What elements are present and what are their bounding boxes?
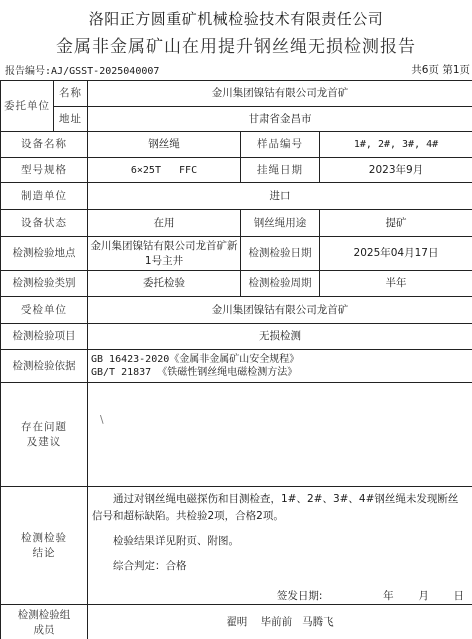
sign-day: 日 bbox=[454, 589, 465, 604]
usage: 提矿 bbox=[320, 210, 472, 237]
sign-date-label: 签发日期: bbox=[277, 589, 323, 604]
issues-label: 存在问题 及建议 bbox=[1, 383, 88, 487]
category: 委托检验 bbox=[88, 271, 241, 297]
sample-no-label: 样品编号 bbox=[241, 132, 320, 158]
conclusion-label: 检测检验 结论 bbox=[1, 487, 88, 605]
client-label: 委托单位 bbox=[1, 81, 54, 132]
basis-list: GB 16423-2020《金属非金属矿山安全规程》 GB/T 21837 《铁… bbox=[88, 350, 472, 383]
equipment-name-label: 设备名称 bbox=[1, 132, 88, 158]
report-title: 金属非金属矿山在用提升钢丝绳无损检测报告 bbox=[0, 32, 472, 57]
report-number: 报告编号:AJ/GSST-2025040007 bbox=[2, 62, 159, 77]
conclusion-verdict: 综合判定：合格 bbox=[92, 558, 468, 575]
basis-item: GB 16423-2020《金属非金属矿山安全规程》 bbox=[91, 353, 472, 366]
client-name-label: 名称 bbox=[54, 81, 88, 107]
report-number-value: AJ/GSST-2025040007 bbox=[51, 66, 159, 77]
sign-month: 月 bbox=[418, 589, 429, 604]
conclusion-content: 通过对钢丝绳电磁探伤和目测检查，1#、2#、3#、4#钢丝绳未发现断丝信号和超标… bbox=[88, 487, 472, 605]
sample-no: 1#, 2#, 3#, 4# bbox=[320, 132, 472, 158]
inspect-date: 2025年04月17日 bbox=[320, 237, 472, 271]
client-name: 金川集团镍钴有限公司龙首矿 bbox=[88, 81, 472, 107]
team-label-line2: 成员 bbox=[1, 623, 87, 638]
report-table: 委托单位 名称 金川集团镍钴有限公司龙首矿 地址 甘肃省金昌市 设备名称 钢丝绳… bbox=[0, 80, 472, 639]
item: 无损检测 bbox=[88, 324, 472, 350]
equipment-name: 钢丝绳 bbox=[88, 132, 241, 158]
category-label: 检测检验类别 bbox=[1, 271, 88, 297]
team-label: 检测检验组 成员 bbox=[1, 605, 88, 639]
client-address-label: 地址 bbox=[54, 107, 88, 132]
hang-date: 2023年9月 bbox=[320, 158, 472, 183]
basis-item: GB/T 21837 《铁磁性钢丝绳电磁检测方法》 bbox=[91, 366, 472, 379]
conclusion-label-line1: 检测检验 bbox=[1, 531, 87, 546]
conclusion-details: 检验结果详见附页、附图。 bbox=[92, 533, 468, 550]
issues-label-line1: 存在问题 bbox=[1, 420, 87, 435]
location: 金川集团镍钴有限公司龙首矿新1号主井 bbox=[88, 237, 241, 271]
status-label: 设备状态 bbox=[1, 210, 88, 237]
team-members: 翟明 毕前前 马腾飞 bbox=[88, 605, 472, 639]
usage-label: 钢丝绳用途 bbox=[241, 210, 320, 237]
company-name: 洛阳正方圆重矿机械检验技术有限责任公司 bbox=[0, 8, 472, 29]
model: 6×25T FFC bbox=[88, 158, 241, 183]
model-label: 型号规格 bbox=[1, 158, 88, 183]
cycle-label: 检测检验周期 bbox=[241, 271, 320, 297]
cycle: 半年 bbox=[320, 271, 472, 297]
issues-content: \ bbox=[88, 383, 472, 487]
issues-label-line2: 及建议 bbox=[1, 435, 87, 450]
page-count: 共6页 第1页 bbox=[411, 62, 470, 77]
manufacturer-label: 制造单位 bbox=[1, 183, 88, 210]
client-address: 甘肃省金昌市 bbox=[88, 107, 472, 132]
conclusion-label-line2: 结论 bbox=[1, 546, 87, 561]
location-label: 检测检验地点 bbox=[1, 237, 88, 271]
status: 在用 bbox=[88, 210, 241, 237]
hang-date-label: 挂绳日期 bbox=[241, 158, 320, 183]
sign-date: 签发日期: 年 月 日 bbox=[92, 589, 468, 604]
team-label-line1: 检测检验组 bbox=[1, 608, 87, 623]
inspected-unit: 金川集团镍钴有限公司龙首矿 bbox=[88, 297, 472, 324]
conclusion-paragraph: 通过对钢丝绳电磁探伤和目测检查，1#、2#、3#、4#钢丝绳未发现断丝信号和超标… bbox=[92, 491, 468, 525]
inspected-unit-label: 受检单位 bbox=[1, 297, 88, 324]
basis-label: 检测检验依据 bbox=[1, 350, 88, 383]
report-number-label: 报告编号: bbox=[5, 66, 51, 77]
sign-year: 年 bbox=[383, 589, 394, 604]
manufacturer: 进口 bbox=[88, 183, 472, 210]
inspect-date-label: 检测检验日期 bbox=[241, 237, 320, 271]
item-label: 检测检验项目 bbox=[1, 324, 88, 350]
